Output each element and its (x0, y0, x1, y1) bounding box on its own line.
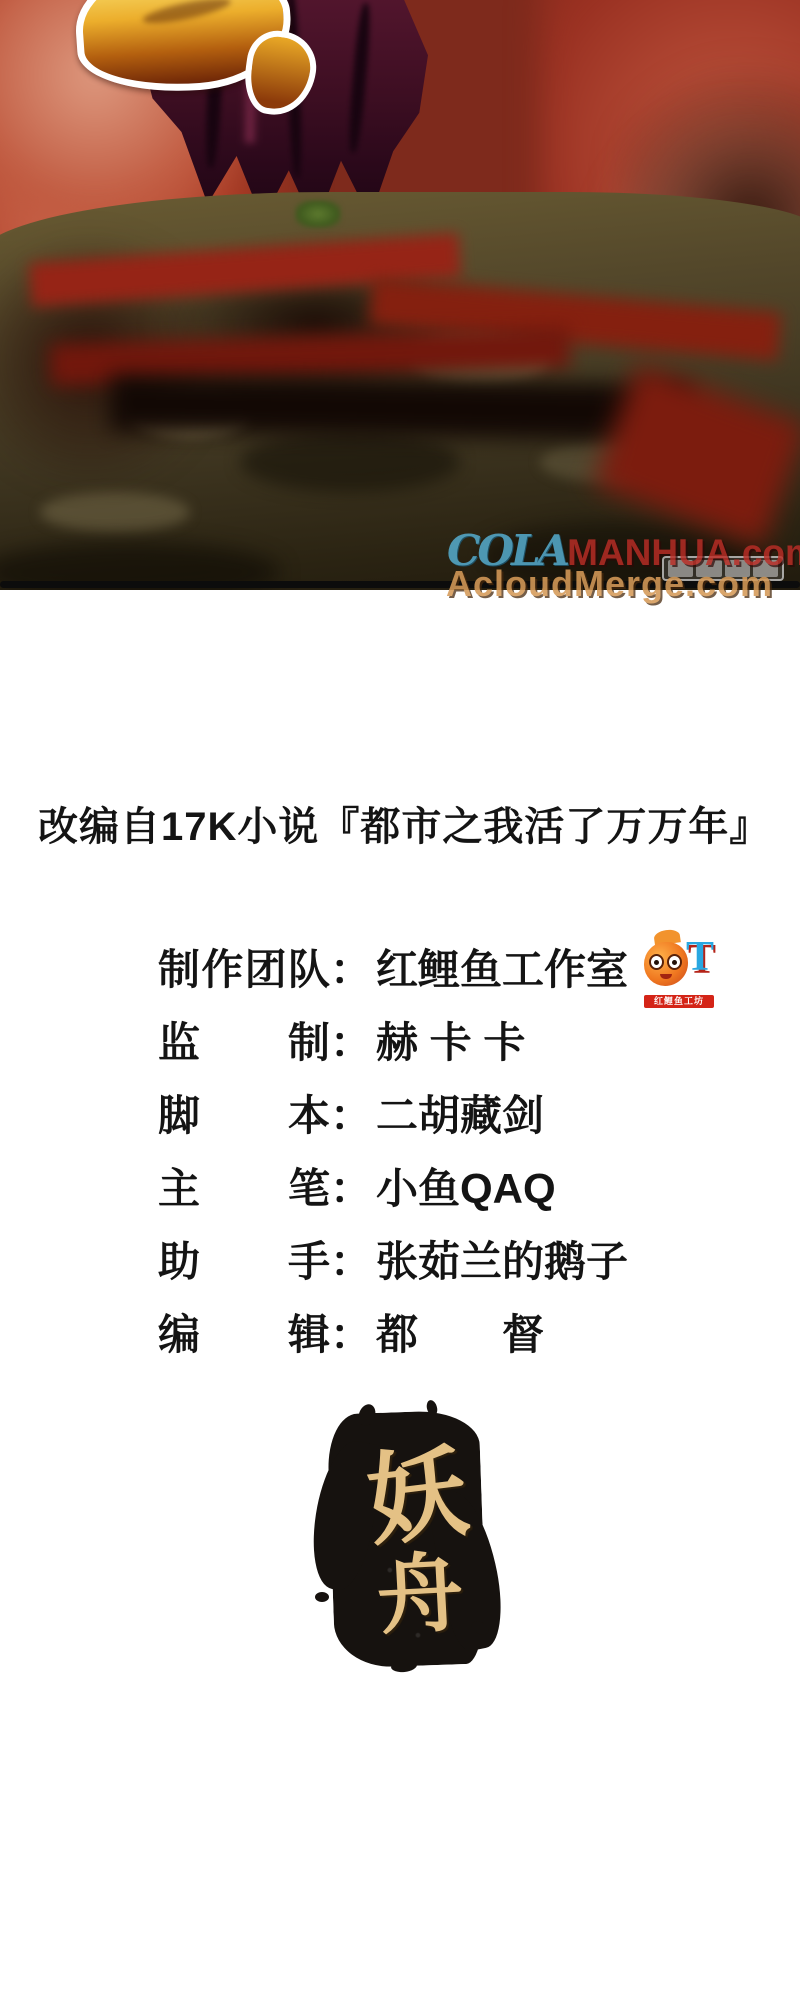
credit-name: 都 督 (376, 1302, 544, 1362)
credit-row-script: 脚本：二胡藏剑 (158, 1076, 714, 1149)
credit-colon: ： (330, 1010, 372, 1070)
credit-colon: ： (330, 1302, 372, 1362)
studio-ink-logo: 妖 舟 (331, 1412, 483, 1666)
credit-row-assistant: 助手：张茹兰的鹅子 (158, 1222, 714, 1295)
fish-mouth (660, 974, 672, 979)
ink-splatter (315, 1592, 329, 1602)
credit-row-lead-artist: 主笔：小鱼QAQ (158, 1149, 714, 1222)
credits-block: 制作团队：红鲤鱼工作室 T 红鲤鱼工坊 监制：赫 卡 卡 脚本：二胡藏剑 主笔：… (158, 930, 714, 1368)
comic-panel-artwork (0, 0, 800, 590)
credit-name: 张茹兰的鹅子 (376, 1229, 628, 1289)
logo-character-top: 妖 (361, 1440, 472, 1551)
credit-role: 监制 (158, 1010, 330, 1070)
fish-face (644, 942, 688, 986)
credit-row-production-team: 制作团队：红鲤鱼工作室 T 红鲤鱼工坊 (158, 930, 714, 1003)
fish-logo-caption: 红鲤鱼工坊 (644, 995, 714, 1008)
credit-row-supervisor: 监制：赫 卡 卡 (158, 1003, 714, 1076)
fish-eye (667, 954, 682, 970)
fish-logo-letter: T (686, 936, 714, 978)
credit-name: 赫 卡 卡 (376, 1010, 525, 1070)
dark-mist-streak (110, 375, 691, 441)
adaptation-source-line: 改编自17K小说『都市之我活了万万年』 (38, 795, 770, 852)
manhua-page: { "artwork": { "description_icons": ["go… (0, 0, 800, 2000)
credit-colon: ： (330, 1229, 372, 1289)
fish-studio-logo-icon: T 红鲤鱼工坊 (644, 934, 714, 1008)
credit-role: 主笔 (158, 1156, 330, 1216)
grass-tuft (295, 200, 341, 228)
credit-row-editor: 编辑：都 督 (158, 1295, 714, 1368)
credit-name: 红鲤鱼工作室 (376, 937, 628, 997)
ground-shadow (240, 432, 460, 492)
watermark-acloudmerge: AcloudMerge.com (446, 563, 773, 605)
credit-role: 脚本 (158, 1083, 330, 1143)
credit-role: 制作团队 (158, 937, 330, 997)
credit-role: 编辑 (158, 1302, 330, 1362)
credit-name: 二胡藏剑 (376, 1083, 544, 1143)
fish-eye (649, 954, 664, 970)
credit-colon: ： (330, 1083, 372, 1143)
robe-fold (346, 3, 372, 154)
credit-colon: ： (330, 937, 372, 997)
credit-role: 助手 (158, 1229, 330, 1289)
sfx-brush-stroke (141, 0, 232, 28)
credit-colon: ： (330, 1156, 372, 1216)
credit-name: 小鱼QAQ (376, 1156, 556, 1216)
rock-patch (40, 492, 190, 532)
logo-character-bottom: 舟 (375, 1550, 465, 1640)
